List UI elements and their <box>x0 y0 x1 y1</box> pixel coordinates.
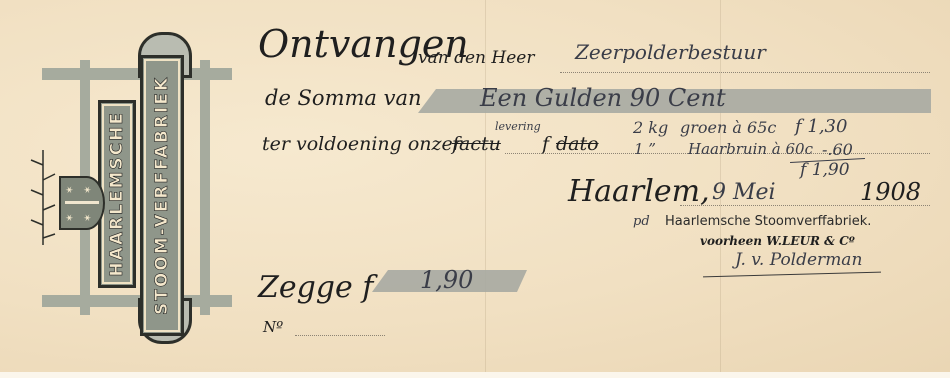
line-item-2-desc: Haarbruin à 60c <box>688 140 813 158</box>
number-dotted-line <box>295 335 385 336</box>
number-label: Nº <box>263 318 283 336</box>
company-name: Haarlemsche Stoomverffabriek. <box>665 214 871 229</box>
coat-of-arms-icon: ✶ ✶ ✶ ✶ <box>59 176 105 230</box>
from-value: Zeerpolderbestuur <box>575 40 766 64</box>
payment-inserted-word: levering <box>495 120 541 133</box>
signature: J. v. Polderman <box>735 250 862 270</box>
total-value: f 1,90 <box>800 160 850 180</box>
from-dotted-line <box>560 72 930 73</box>
place-label: Haarlem, <box>568 174 710 209</box>
logo-text-2: STOOM-VERFFABRIEK <box>152 76 172 315</box>
from-label: van den Heer <box>418 48 534 68</box>
logo-banner-2: STOOM-VERFFABRIEK <box>140 55 184 336</box>
date-value: 9 Mei <box>712 180 776 205</box>
vine-ornament-icon <box>28 150 58 245</box>
payment-struck-word: factu <box>452 133 501 155</box>
sum-value: Een Gulden 90 Cent <box>480 84 726 112</box>
say-label: Zegge f <box>258 270 373 305</box>
signature-line <box>703 272 881 278</box>
sum-label: de Somma van <box>265 86 422 110</box>
line-item-2-amount: -.60 <box>822 140 853 159</box>
bottom-margin <box>0 372 950 378</box>
line-item-1-amount: f 1,30 <box>795 116 847 137</box>
payment-label: ter voldoening onzer <box>262 133 462 155</box>
company-logo: HAARLEMSCHE STOOM-VERFFABRIEK ✶ ✶ ✶ ✶ <box>10 10 240 360</box>
payment-prefix: f <box>542 133 549 155</box>
line-item-1-desc: groen à 65c <box>680 118 776 137</box>
logo-text-1: HAARLEMSCHE <box>107 111 127 277</box>
date-dotted-line <box>680 205 930 206</box>
year-value: 1908 <box>860 178 921 206</box>
line-item-2-qty: 1 ” <box>634 140 656 158</box>
payment-struck-date: dato <box>556 133 599 155</box>
line-item-1-qty: 2 kg <box>633 118 668 137</box>
company-former: voorheen W.LEUR & Cº <box>700 234 855 248</box>
say-value: 1,90 <box>420 266 473 294</box>
receipt-paper: HAARLEMSCHE STOOM-VERFFABRIEK ✶ ✶ ✶ ✶ On… <box>0 0 950 372</box>
company-prefix: pd <box>633 214 650 229</box>
